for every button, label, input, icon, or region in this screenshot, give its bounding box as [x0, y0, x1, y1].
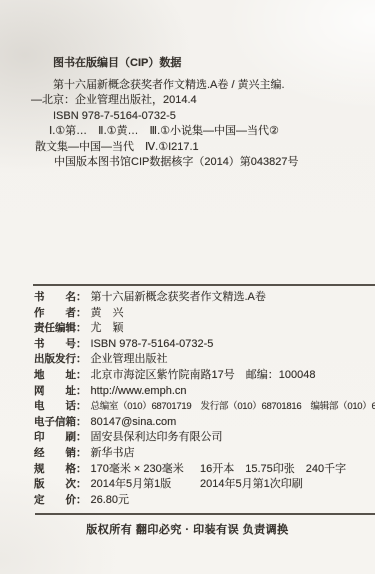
label-colon: ：	[76, 400, 87, 412]
colophon-row-title: 书名：第十六届新概念获奖者作文精选.A卷	[0, 290, 375, 306]
colophon-label: 书号	[34, 337, 76, 353]
colophon-row-phone: 电话：总编室（010）68701719 发行部（010）68701816 编辑部…	[0, 399, 375, 415]
colophon-value: 170毫米 × 230毫米	[91, 463, 184, 475]
colophon-row-isbn: 书号：ISBN 978-7-5164-0732-5	[0, 337, 375, 353]
copyright-notice: 版权所有 翻印必究 · 印装有误 负责调换	[0, 521, 375, 537]
colophon-value-secondary: 2014年5月第1次印刷	[200, 477, 303, 493]
colophon-value: 新华书店	[91, 447, 135, 459]
colophon-value-secondary: 16开本 15.75印张 240千字	[200, 462, 346, 478]
label-colon: ：	[76, 291, 87, 303]
colophon-value: 2014年5月第1版	[91, 478, 172, 490]
cip-isbn-line: ISBN 978-7-5164-0732-5	[53, 109, 375, 125]
colophon-row-price: 定价：26.80元	[0, 493, 375, 509]
colophon-label: 出版发行	[34, 352, 76, 368]
scanned-copyright-page: 图书在版编目（CIP）数据 第十六届新概念获奖者作文精选.A卷 / 黄兴主编. …	[0, 0, 375, 574]
label-colon: ：	[76, 494, 87, 506]
cip-classification-line-2: 散文集—中国—当代 Ⅳ.①I217.1	[35, 140, 375, 156]
colophon-value: 北京市海淀区紫竹院南路17号 邮编：100048	[91, 369, 316, 381]
colophon-label: 网址	[34, 384, 76, 400]
cip-publisher-line: —北京：企业管理出版社，2014.4	[31, 93, 375, 109]
label-colon: ：	[76, 431, 87, 443]
colophon-label: 责任编辑	[34, 321, 76, 337]
divider-line-bottom	[35, 513, 375, 515]
cip-record-number-line: 中国版本图书馆CIP数据核字（2014）第043827号	[54, 155, 375, 171]
colophon-row-email: 电子信箱：80147@sina.com	[0, 415, 375, 431]
colophon-value: 黄 兴	[91, 307, 124, 319]
colophon-row-edition: 版次：2014年5月第1版2014年5月第1次印刷	[0, 477, 375, 493]
label-colon: ：	[76, 463, 87, 475]
colophon-block: 书名：第十六届新概念获奖者作文精选.A卷 作者：黄 兴 责任编辑：尤 颖 书号：…	[0, 290, 375, 508]
colophon-label: 规格	[34, 462, 76, 478]
divider-line-top	[33, 284, 375, 286]
label-colon: ：	[76, 447, 87, 459]
cip-classification-line-1: Ⅰ.①第… Ⅱ.①黄… Ⅲ.①小说集—中国—当代②	[49, 124, 375, 140]
label-colon: ：	[76, 338, 87, 350]
colophon-value: ISBN 978-7-5164-0732-5	[91, 338, 214, 350]
label-colon: ：	[76, 478, 87, 490]
colophon-label: 版次	[34, 477, 76, 493]
colophon-value: 80147@sina.com	[91, 416, 177, 428]
colophon-row-printer: 印刷：固安县保利达印务有限公司	[0, 430, 375, 446]
colophon-value: 固安县保利达印务有限公司	[91, 431, 223, 443]
label-colon: ：	[76, 369, 87, 381]
label-colon: ：	[76, 353, 87, 365]
colophon-label: 电子信箱	[34, 415, 76, 431]
colophon-value: 第十六届新概念获奖者作文精选.A卷	[91, 291, 266, 303]
cip-title-line: 第十六届新概念获奖者作文精选.A卷 / 黄兴主编.	[53, 78, 375, 94]
colophon-value: 总编室（010）68701719 发行部（010）68701816 编辑部（01…	[91, 401, 375, 412]
colophon-label: 电话	[34, 399, 76, 415]
colophon-label: 作者	[34, 306, 76, 322]
colophon-value: 企业管理出版社	[91, 353, 168, 365]
colophon-row-distributor: 经销：新华书店	[0, 446, 375, 462]
label-colon: ：	[76, 307, 87, 319]
colophon-row-author: 作者：黄 兴	[0, 306, 375, 322]
colophon-value: 26.80元	[91, 494, 130, 506]
colophon-label: 印刷	[34, 430, 76, 446]
colophon-row-format: 规格：170毫米 × 230毫米16开本 15.75印张 240千字	[0, 462, 375, 478]
colophon-label: 书名	[34, 290, 76, 306]
cip-block: 图书在版编目（CIP）数据 第十六届新概念获奖者作文精选.A卷 / 黄兴主编. …	[0, 56, 375, 171]
label-colon: ：	[76, 416, 87, 428]
label-colon: ：	[76, 385, 87, 397]
colophon-value: http://www.emph.cn	[91, 385, 187, 397]
label-colon: ：	[76, 322, 87, 334]
cip-heading: 图书在版编目（CIP）数据	[53, 56, 375, 72]
colophon-row-publisher: 出版发行：企业管理出版社	[0, 352, 375, 368]
colophon-label: 经销	[34, 446, 76, 462]
colophon-value: 尤 颖	[91, 322, 124, 334]
colophon-row-website: 网址：http://www.emph.cn	[0, 384, 375, 400]
colophon-label: 地址	[34, 368, 76, 384]
colophon-row-editor: 责任编辑：尤 颖	[0, 321, 375, 337]
colophon-label: 定价	[34, 493, 76, 509]
colophon-row-address: 地址：北京市海淀区紫竹院南路17号 邮编：100048	[0, 368, 375, 384]
